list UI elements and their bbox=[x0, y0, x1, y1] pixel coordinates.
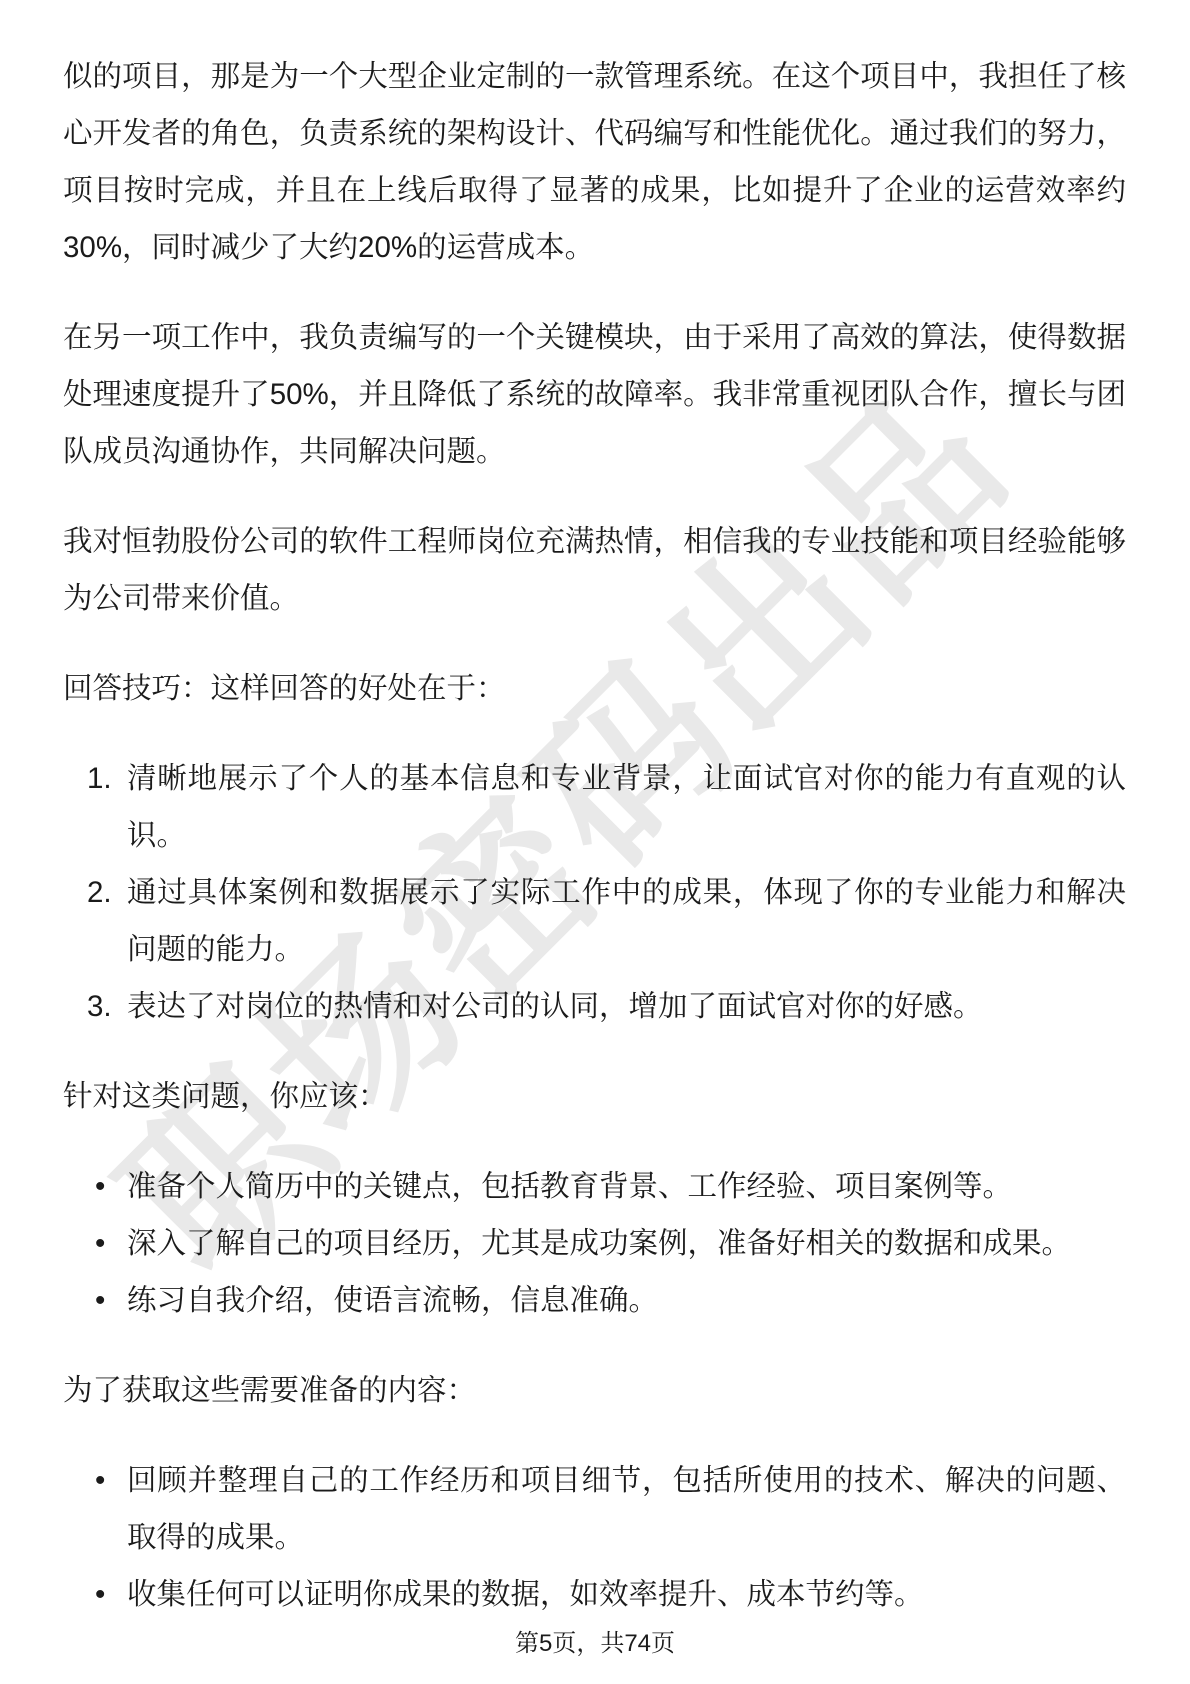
numbered-list: 1. 清晰地展示了个人的基本信息和专业背景，让面试官对你的能力有直观的认识。 2… bbox=[63, 750, 1126, 1035]
bullet-icon: • bbox=[95, 1452, 105, 1509]
list-item-text: 通过具体案例和数据展示了实际工作中的成果，体现了你的专业能力和解决问题的能力。 bbox=[127, 876, 1126, 966]
list-number: 3. bbox=[87, 978, 112, 1035]
bullet-icon: • bbox=[95, 1215, 105, 1272]
list-number: 1. bbox=[87, 750, 112, 807]
list-item-text: 回顾并整理自己的工作经历和项目细节，包括所使用的技术、解决的问题、取得的成果。 bbox=[127, 1464, 1126, 1554]
numbered-list-item: 3. 表达了对岗位的热情和对公司的认同，增加了面试官对你的好感。 bbox=[63, 978, 1126, 1035]
bullet-list-item: • 回顾并整理自己的工作经历和项目细节，包括所使用的技术、解决的问题、取得的成果… bbox=[63, 1452, 1126, 1566]
list-item-text: 练习自我介绍，使语言流畅，信息准确。 bbox=[127, 1284, 658, 1317]
paragraph-6: 为了获取这些需要准备的内容： bbox=[63, 1362, 1126, 1419]
bullet-list-item: • 收集任何可以证明你成果的数据，如效率提升、成本节约等。 bbox=[63, 1566, 1126, 1623]
paragraph-4: 回答技巧：这样回答的好处在于： bbox=[63, 660, 1126, 717]
bullet-list-item: • 准备个人简历中的关键点，包括教育背景、工作经验、项目案例等。 bbox=[63, 1158, 1126, 1215]
numbered-list-item: 2. 通过具体案例和数据展示了实际工作中的成果，体现了你的专业能力和解决问题的能… bbox=[63, 864, 1126, 978]
paragraph-5: 针对这类问题，你应该： bbox=[63, 1068, 1126, 1125]
bullet-list-item: • 练习自我介绍，使语言流畅，信息准确。 bbox=[63, 1272, 1126, 1329]
bullet-list-2: • 回顾并整理自己的工作经历和项目细节，包括所使用的技术、解决的问题、取得的成果… bbox=[63, 1452, 1126, 1623]
numbered-list-item: 1. 清晰地展示了个人的基本信息和专业背景，让面试官对你的能力有直观的认识。 bbox=[63, 750, 1126, 864]
bullet-list-item: • 深入了解自己的项目经历，尤其是成功案例，准备好相关的数据和成果。 bbox=[63, 1215, 1126, 1272]
bullet-icon: • bbox=[95, 1272, 105, 1329]
list-item-text: 清晰地展示了个人的基本信息和专业背景，让面试官对你的能力有直观的认识。 bbox=[127, 762, 1126, 852]
list-item-text: 准备个人简历中的关键点，包括教育背景、工作经验、项目案例等。 bbox=[127, 1170, 1012, 1203]
document-content: 似的项目，那是为一个大型企业定制的一款管理系统。在这个项目中，我担任了核心开发者… bbox=[63, 48, 1126, 1623]
list-item-text: 收集任何可以证明你成果的数据，如效率提升、成本节约等。 bbox=[127, 1578, 924, 1611]
paragraph-1: 似的项目，那是为一个大型企业定制的一款管理系统。在这个项目中，我担任了核心开发者… bbox=[63, 48, 1126, 276]
bullet-icon: • bbox=[95, 1566, 105, 1623]
list-item-text: 深入了解自己的项目经历，尤其是成功案例，准备好相关的数据和成果。 bbox=[127, 1227, 1071, 1260]
paragraph-3: 我对恒勃股份公司的软件工程师岗位充满热情，相信我的专业技能和项目经验能够为公司带… bbox=[63, 513, 1126, 627]
list-number: 2. bbox=[87, 864, 112, 921]
list-item-text: 表达了对岗位的热情和对公司的认同，增加了面试官对你的好感。 bbox=[127, 990, 983, 1023]
document-page: 职场密码出品 似的项目，那是为一个大型企业定制的一款管理系统。在这个项目中，我担… bbox=[0, 0, 1190, 1684]
paragraph-2: 在另一项工作中，我负责编写的一个关键模块，由于采用了高效的算法，使得数据处理速度… bbox=[63, 309, 1126, 480]
bullet-icon: • bbox=[95, 1158, 105, 1215]
bullet-list-1: • 准备个人简历中的关键点，包括教育背景、工作经验、项目案例等。 • 深入了解自… bbox=[63, 1158, 1126, 1329]
page-number-footer: 第5页，共74页 bbox=[0, 1623, 1190, 1658]
